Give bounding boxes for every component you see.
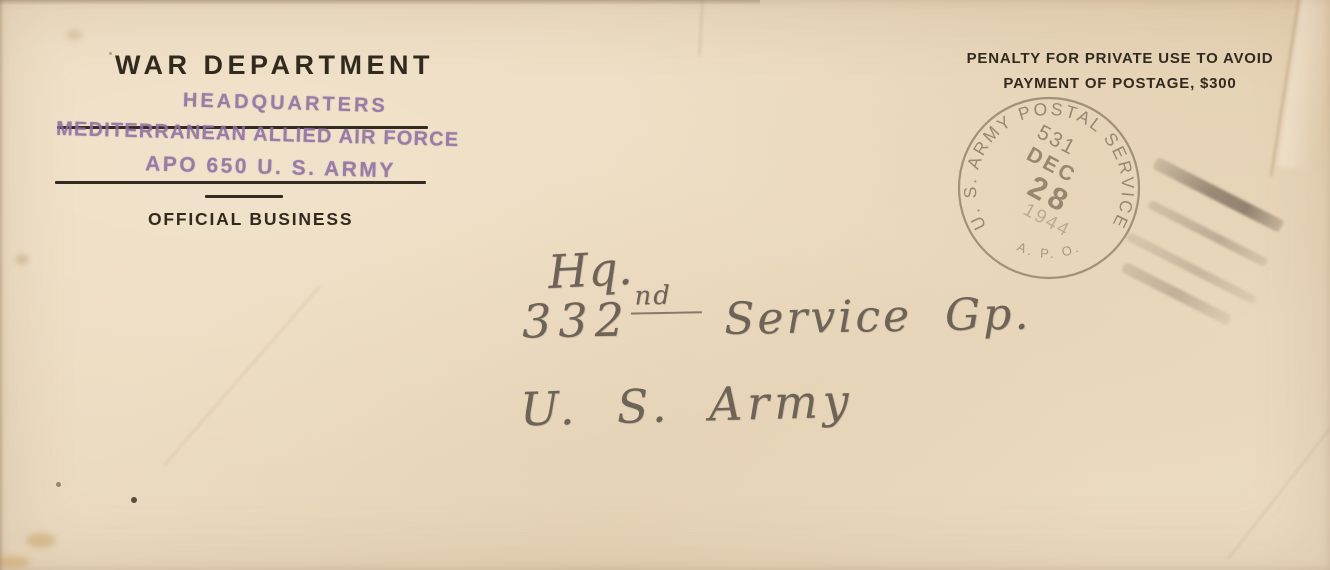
address-line-1: Hq. — [547, 241, 634, 299]
army-postmark: U. S. ARMY POSTAL SERVICE A. P. O. 531 D… — [915, 55, 1185, 325]
headquarters-handstamp: HEADQUARTERS MEDITERRANEAN ALLIED AIR FO… — [49, 86, 501, 187]
paper-stain — [26, 533, 56, 548]
handstamp-line-2: MEDITERRANEAN ALLIED AIR FORCE — [56, 118, 500, 153]
paper-crease — [1227, 428, 1330, 560]
scan-edge-shadow — [0, 0, 760, 5]
ink-speck — [109, 52, 112, 55]
official-business-imprint: OFFICIAL BUSINESS — [148, 209, 353, 230]
printed-rule-short — [205, 195, 283, 198]
scan-edge-shadow — [0, 0, 4, 570]
ink-speck — [56, 482, 61, 487]
paper-stain — [16, 255, 28, 264]
envelope-scan: WAR DEPARTMENT HEADQUARTERS MEDITERRANEA… — [0, 0, 1330, 570]
war-department-imprint: WAR DEPARTMENT — [115, 50, 434, 81]
handstamp-line-1: HEADQUARTERS — [183, 89, 502, 121]
postmark-arc-bottom-text: A. P. O. — [1015, 239, 1083, 261]
address-line-2: 332ndService Gp. — [522, 286, 1032, 349]
address-ordinal-superscript: nd — [630, 281, 702, 315]
paper-stain — [0, 556, 30, 568]
address-unit-number: 332 — [522, 293, 632, 349]
paper-stain — [66, 30, 82, 40]
paper-crease — [163, 285, 321, 466]
paper-crease — [699, 0, 704, 56]
address-line-3: U. S. Army — [519, 374, 854, 437]
svg-text:A. P. O.: A. P. O. — [1015, 239, 1083, 261]
ink-speck — [131, 497, 137, 503]
address-unit-name: Service Gp. — [724, 289, 1032, 345]
